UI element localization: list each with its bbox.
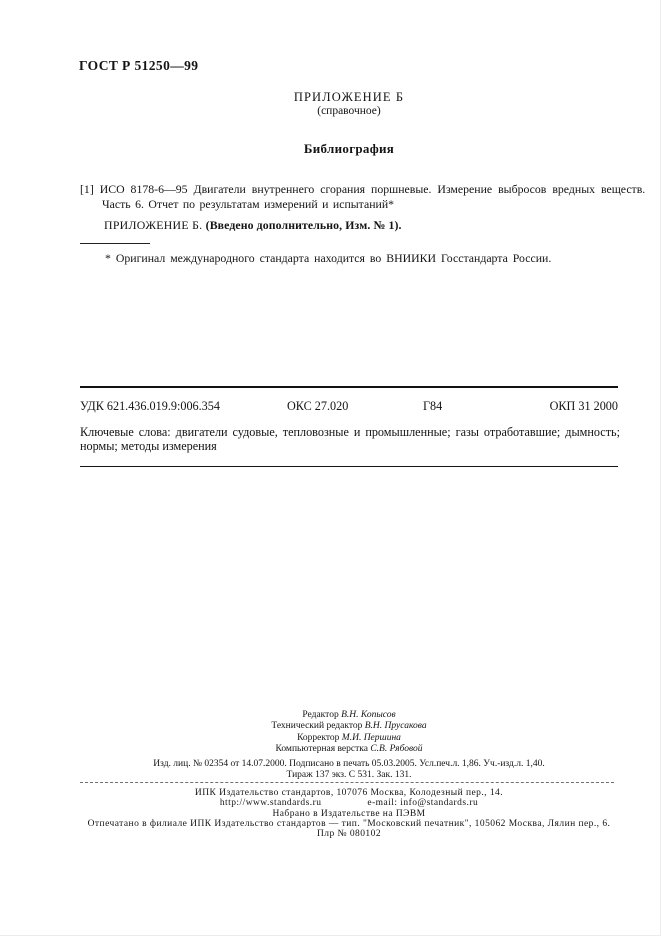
publisher-address: ИПК Издательство стандартов, 107076 Моск… bbox=[60, 788, 638, 798]
license-number: Плр № 080102 bbox=[60, 829, 638, 839]
editor-name: В.Н. Прусакова bbox=[365, 721, 427, 731]
editor-name: М.И. Першина bbox=[342, 733, 401, 743]
publisher-email: e-mail: info@standards.ru bbox=[367, 798, 478, 808]
print-license-line: Изд. лиц. № 02354 от 14.07.2000. Подписа… bbox=[80, 759, 618, 770]
editor-line: Корректор М.И. Першина bbox=[80, 733, 618, 744]
editor-role: Корректор bbox=[297, 733, 339, 743]
udk-code: УДК 621.436.019.9:006.354 bbox=[80, 399, 220, 414]
editor-line: Редактор В.Н. Копысов bbox=[80, 710, 618, 721]
bibliography-entry: [1] ИСО 8178-6—95 Двигатели внутреннего … bbox=[80, 182, 620, 211]
bibliography-entry-line2: Часть 6. Отчет по результатам измерений … bbox=[80, 197, 620, 212]
editor-line: Компьютерная верстка С.В. Рябовой bbox=[80, 744, 618, 755]
appendix-title: ПРИЛОЖЕНИЕ Б bbox=[80, 90, 618, 105]
printed-note: Отпечатано в филиале ИПК Издательство ст… bbox=[60, 819, 638, 829]
oks-code: ОКС 27.020 bbox=[287, 399, 348, 414]
catalog-code: Г84 bbox=[423, 399, 442, 414]
amendment-prefix: ПРИЛОЖЕНИЕ Б. bbox=[104, 218, 202, 232]
amendment-note: ПРИЛОЖЕНИЕ Б. (Введено дополнительно, Из… bbox=[104, 218, 402, 233]
colophon-dashed-divider bbox=[80, 782, 614, 783]
amendment-bold-text: (Введено дополнительно, Изм. № 1). bbox=[206, 218, 402, 232]
editor-name: С.В. Рябовой bbox=[370, 744, 422, 754]
print-info-block: Изд. лиц. № 02354 от 14.07.2000. Подписа… bbox=[80, 759, 618, 781]
publisher-contacts: http://www.standards.ru e-mail: info@sta… bbox=[60, 798, 638, 808]
editor-line: Технический редактор В.Н. Прусакова bbox=[80, 721, 618, 732]
okp-code: ОКП 31 2000 bbox=[550, 399, 618, 414]
keywords-bottom-divider bbox=[80, 466, 618, 467]
classification-codes-row: УДК 621.436.019.9:006.354 ОКС 27.020 Г84… bbox=[80, 399, 618, 415]
editor-role: Технический редактор bbox=[271, 721, 362, 731]
print-circulation-line: Тираж 137 экз. С 531. Зак. 131. bbox=[80, 770, 618, 781]
typeset-note: Набрано в Издательстве на ПЭВМ bbox=[60, 809, 638, 819]
footnote-divider bbox=[80, 243, 150, 244]
bibliography-title: Библиография bbox=[80, 141, 618, 157]
keywords-paragraph: Ключевые слова: двигатели судовые, тепло… bbox=[80, 426, 620, 453]
appendix-subtitle: (справочное) bbox=[80, 105, 618, 117]
codes-top-divider bbox=[80, 386, 618, 388]
document-page: ГОСТ Р 51250—99 ПРИЛОЖЕНИЕ Б (справочное… bbox=[0, 0, 661, 936]
publisher-block: ИПК Издательство стандартов, 107076 Моск… bbox=[60, 788, 638, 839]
publisher-url: http://www.standards.ru bbox=[220, 798, 322, 808]
editor-name: В.Н. Копысов bbox=[341, 710, 396, 720]
editors-block: Редактор В.Н. Копысов Технический редакт… bbox=[80, 710, 618, 755]
doc-number: ГОСТ Р 51250—99 bbox=[79, 58, 198, 74]
footnote-text: * Оригинал международного стандарта нахо… bbox=[80, 251, 620, 266]
bibliography-entry-line1: [1] ИСО 8178-6—95 Двигатели внутреннего … bbox=[80, 182, 620, 197]
editor-role: Компьютерная верстка bbox=[276, 744, 368, 754]
editor-role: Редактор bbox=[302, 710, 338, 720]
